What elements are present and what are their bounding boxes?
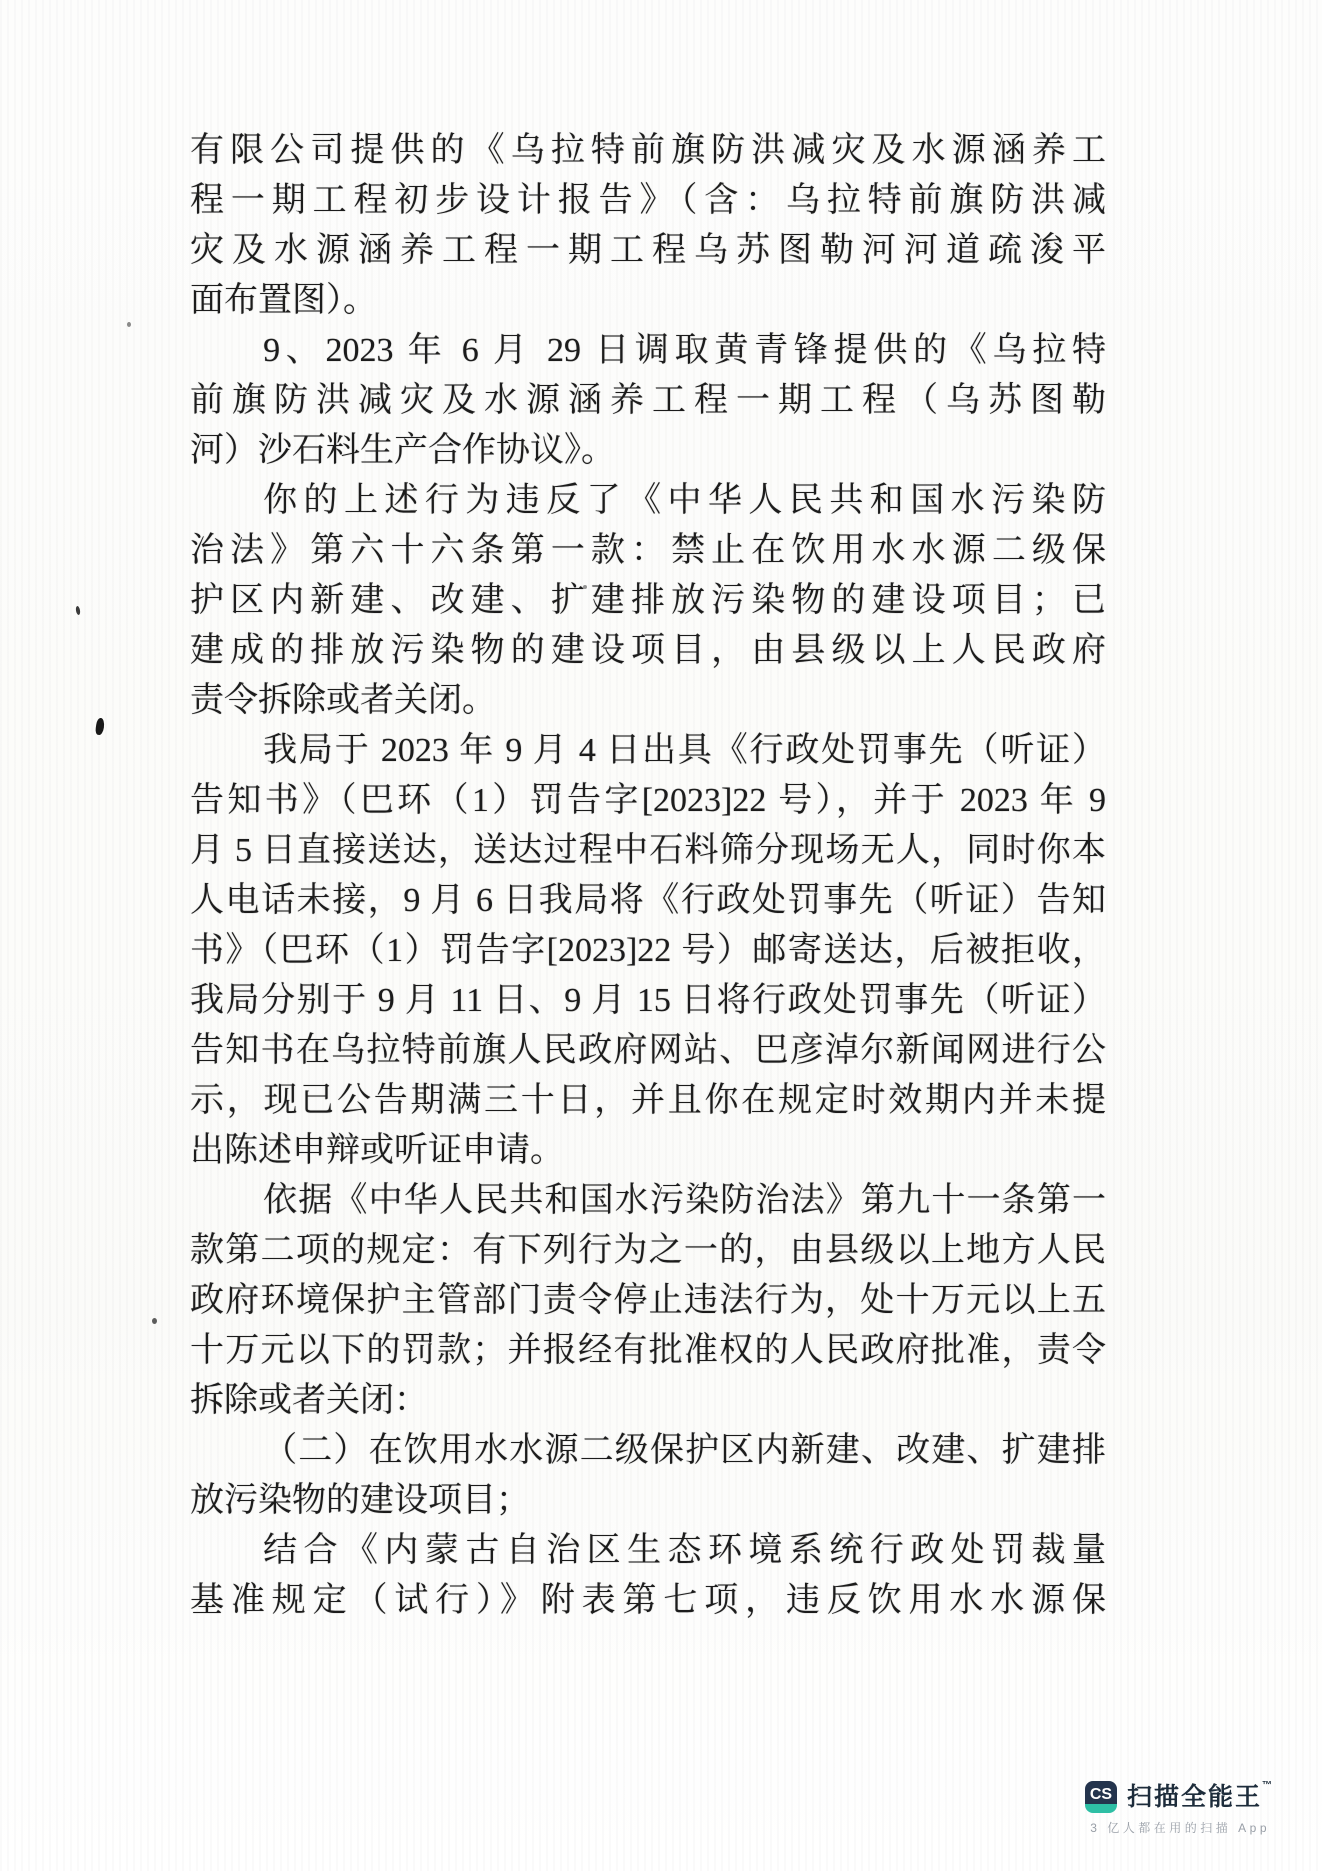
text-line: （二）在饮用水水源二级保护区内新建、改建、扩建排 bbox=[190, 1426, 1106, 1476]
text-line: 拆除或者关闭： bbox=[190, 1376, 1106, 1426]
text-line: 灾及水源涵养工程一期工程乌苏图勒河河道疏浚平 bbox=[190, 226, 1106, 276]
text-line: 月 5 日直接送达，送达过程中石料筛分现场无人，同时你本 bbox=[190, 826, 1106, 876]
text-line: 基准规定（试行）》附表第七项，违反饮用水水源保 bbox=[190, 1576, 1106, 1626]
text-line: 建成的排放污染物的建设项目，由县级以上人民政府 bbox=[190, 626, 1106, 676]
text-line: 面布置图）。 bbox=[190, 276, 1106, 326]
trademark-symbol: ™ bbox=[1262, 1780, 1272, 1791]
camscanner-title: 扫描全能王™ bbox=[1127, 1785, 1272, 1810]
text-line: 告知书在乌拉特前旗人民政府网站、巴彦淖尔新闻网进行公 bbox=[190, 1026, 1106, 1076]
text-line: 书》（巴环（1）罚告字[2023]22 号）邮寄送达，后被拒收， bbox=[190, 926, 1106, 976]
text-line: 放污染物的建设项目； bbox=[190, 1476, 1106, 1526]
camscanner-cs-icon: CS bbox=[1085, 1781, 1117, 1813]
text-line: 十万元以下的罚款；并报经有批准权的人民政府批准，责令 bbox=[190, 1326, 1106, 1376]
camscanner-title-text: 扫描全能王 bbox=[1127, 1783, 1262, 1811]
text-line: 依据《中华人民共和国水污染防治法》第九十一条第一 bbox=[190, 1176, 1106, 1226]
text-line: 人电话未接，9 月 6 日我局将《行政处罚事先（听证）告知 bbox=[190, 876, 1106, 926]
text-line: 告知书》（巴环（1）罚告字[2023]22 号），并于 2023 年 9 bbox=[190, 776, 1106, 826]
camscanner-logo-row: CS 扫描全能王™ bbox=[1085, 1781, 1272, 1813]
text-line: 出陈述申辩或听证申请。 bbox=[190, 1126, 1106, 1176]
text-line: 结合《内蒙古自治区生态环境系统行政处罚裁量 bbox=[190, 1526, 1106, 1576]
text-line: 款第二项的规定：有下列行为之一的，由县级以上地方人民 bbox=[190, 1226, 1106, 1276]
document-text-block: 有限公司提供的《乌拉特前旗防洪减灾及水源涵养工程一期工程初步设计报告》（含：乌拉… bbox=[190, 126, 1106, 1626]
text-line: 9、2023 年 6 月 29 日调取黄青锋提供的《乌拉特 bbox=[190, 326, 1106, 376]
ink-speck bbox=[127, 322, 131, 327]
text-line: 政府环境保护主管部门责令停止违法行为，处十万元以上五 bbox=[190, 1276, 1106, 1326]
ink-speck bbox=[152, 1318, 157, 1324]
text-line: 责令拆除或者关闭。 bbox=[190, 676, 1106, 726]
text-line: 示，现已公告期满三十日，并且你在规定时效期内并未提 bbox=[190, 1076, 1106, 1126]
text-line: 你的上述行为违反了《中华人民共和国水污染防 bbox=[190, 476, 1106, 526]
camscanner-watermark: CS 扫描全能王™ 3 亿人都在用的扫描 App bbox=[1085, 1781, 1272, 1834]
text-line: 治法》第六十六条第一款：禁止在饮用水水源二级保 bbox=[190, 526, 1106, 576]
text-line: 河）沙石料生产合作协议》。 bbox=[190, 426, 1106, 476]
text-line: 有限公司提供的《乌拉特前旗防洪减灾及水源涵养工 bbox=[190, 126, 1106, 176]
text-line: 我局于 2023 年 9 月 4 日出具《行政处罚事先（听证） bbox=[190, 726, 1106, 776]
text-line: 前旗防洪减灾及水源涵养工程一期工程（乌苏图勒 bbox=[190, 376, 1106, 426]
ink-speck bbox=[583, 585, 587, 589]
camscanner-subtitle: 3 亿人都在用的扫描 App bbox=[1085, 1822, 1272, 1834]
text-line: 我局分别于 9 月 11 日、9 月 15 日将行政处罚事先（听证） bbox=[190, 976, 1106, 1026]
text-line: 程一期工程初步设计报告》（含：乌拉特前旗防洪减 bbox=[190, 176, 1106, 226]
text-line: 护区内新建、改建、扩建排放污染物的建设项目；已 bbox=[190, 576, 1106, 626]
